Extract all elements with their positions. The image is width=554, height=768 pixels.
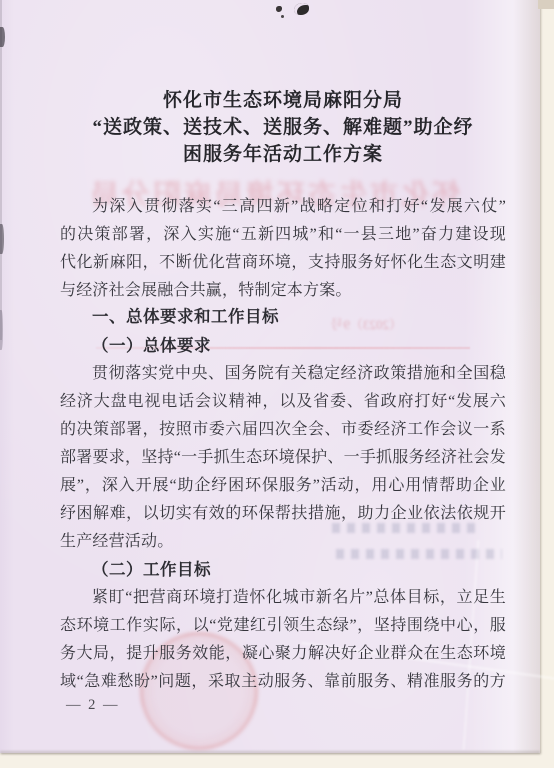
body-line: 贯彻落实党中央、国务院有关稳定经济政策措施和全国稳住 — [60, 360, 506, 388]
body-line: 与经济社会展融合共赢，特制定本方案。 — [60, 277, 506, 305]
document-title: 怀化市生态环境局麻阳分局 “送政策、送技术、送服务、解难题”助企纾 困服务年活动… — [60, 87, 506, 168]
document-title-line: “送政策、送技术、送服务、解难题”助企纾 — [60, 114, 506, 141]
scanned-document-page: { "colors": { "paper": "#ece1f0", "scan_… — [0, 0, 554, 768]
edge-smudge — [0, 27, 5, 47]
body-line: 紧盯“把营商环境打造怀化城市新名片”总体目标，立足生 — [60, 584, 506, 612]
body-line: 代化新麻阳，不断优化营商环境，支持服务好怀化生态文明建设 — [60, 249, 506, 277]
edge-smudge — [0, 224, 4, 254]
page-number: — 2 — — [66, 697, 120, 714]
scan-edge-shadow — [0, 0, 2, 340]
scan-corner-artifact — [538, 0, 554, 9]
paragraph-intro: 为深入贯彻落实“三高四新”战略定位和打好“发展六仗” 的决策部署，深入实施“五新… — [60, 193, 506, 305]
subsection-heading-1: （一）总体要求 — [60, 332, 506, 360]
body-line: 态环境工作实际，以“党建红引领生态绿”，坚持围绕中心，服 — [60, 612, 506, 640]
ink-speck — [294, 3, 309, 15]
document-title-line: 困服务年活动工作方案 — [60, 141, 506, 168]
section-heading-1: 一、总体要求和工作目标 — [60, 303, 506, 331]
body-line: 的决策部署，按照市委六届四次全会、市委经济工作会议一系列 — [60, 416, 506, 444]
body-line: 展”，深入开展“助企纾困环保服务”活动，用心用情帮助企业 — [60, 472, 506, 500]
body-line: 部署要求，坚持“一手抓生态环境保护、一手抓服务经济社会发 — [60, 444, 506, 472]
body-line: 纾困解难，以切实有效的环保帮扶措施，助力企业依法依规开展 — [60, 500, 506, 528]
body-line: 经济大盘电视电话会议精神，以及省委、省政府打好“发展六仗” — [60, 388, 506, 416]
body-line: 的决策部署，深入实施“五新四城”和“一县三地”奋力建设现 — [60, 221, 506, 249]
body-line: 务大局，提升服务效能，凝心聚力解决好企业群众在生态环境领 — [60, 640, 506, 668]
body-line: 域“急难愁盼”问题，采取主动服务、靠前服务、精准服务的方 — [60, 668, 506, 696]
paper-sheet: 怀化市生态环境局麻阳分局 （2023）9号 怀化市生态环境局麻阳分局 “送政策、… — [0, 0, 540, 753]
subsection-heading-2: （二）工作目标 — [60, 556, 506, 584]
edge-smudge — [0, 310, 3, 350]
paragraph-work-goals: 紧盯“把营商环境打造怀化城市新名片”总体目标，立足生 态环境工作实际，以“党建红… — [60, 584, 506, 696]
document-title-line: 怀化市生态环境局麻阳分局 — [60, 87, 506, 114]
paragraph-overall-requirements: 贯彻落实党中央、国务院有关稳定经济政策措施和全国稳住 经济大盘电视电话会议精神，… — [60, 360, 506, 556]
ink-speck — [281, 15, 284, 18]
body-line: 为深入贯彻落实“三高四新”战略定位和打好“发展六仗” — [60, 193, 506, 221]
ink-speck — [276, 6, 282, 12]
paper-bottom-edge — [0, 751, 540, 754]
body-line: 生产经营活动。 — [60, 528, 506, 556]
